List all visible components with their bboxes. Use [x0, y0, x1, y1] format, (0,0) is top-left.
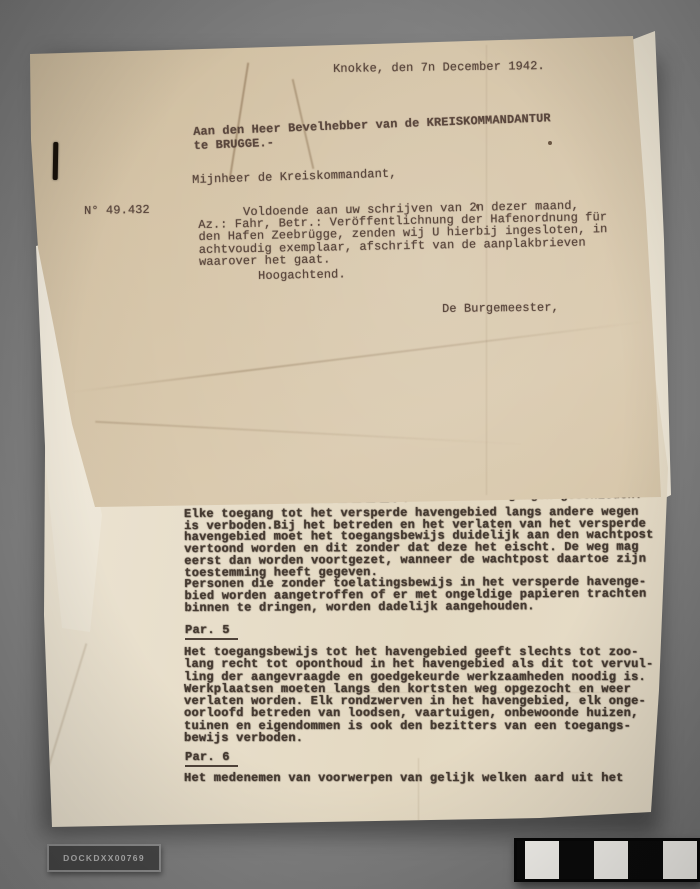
- letter-signature-line: De Burgemeester,: [442, 302, 559, 316]
- paragraph6-heading: Par. 6: [185, 752, 238, 767]
- paper-fold-line: [486, 45, 487, 495]
- paragraph-line: Het medenemen van voorwerpen van gelijk …: [184, 773, 624, 785]
- letter-closing: Hoogachtend.: [258, 268, 346, 282]
- staple-mark: [53, 142, 59, 180]
- scale-bar-segment: [663, 841, 697, 879]
- letter-date-line: Knokke, den 7n December 1942.: [333, 60, 545, 75]
- paragraph5-text-block: Het toegangsbewijs tot het havengebied g…: [184, 646, 653, 744]
- scale-bar-segment: [525, 841, 559, 879]
- letter-body-block: Voldoende aan uw schrijven van 2n dezer …: [198, 199, 608, 268]
- paragraph-line: bewijs verboden.: [184, 732, 653, 744]
- paragraph5-heading: Par. 5: [185, 625, 238, 640]
- photographic-scale-bar: [514, 838, 700, 882]
- archive-label-plate: DOCKDXX00769: [47, 844, 161, 872]
- scale-bar-segment: [628, 841, 662, 879]
- paragraph-line: oorloofd betreden van loodsen, vaartuige…: [184, 707, 653, 719]
- letter-reference-number: N° 49.432: [84, 204, 150, 217]
- scale-bar-segment: [559, 841, 593, 879]
- archive-label-text: DOCKDXX00769: [63, 853, 145, 863]
- scale-bar-segment: [594, 841, 628, 879]
- paragraph-line: binnen te dringen, worden dadelijk aange…: [184, 600, 653, 614]
- paragraph4-text-block: Elke toegang tot het versperde havengebi…: [184, 507, 654, 615]
- photo-of-archival-document: poorten en toegangen geschieden. Elke to…: [0, 0, 700, 889]
- paper-crease: [418, 758, 419, 828]
- ink-spot: [548, 141, 552, 145]
- paragraph-line: lang recht tot oponthoud in het havengeb…: [184, 658, 653, 670]
- paragraph6-text-block: Het medenemen van voorwerpen van gelijk …: [184, 773, 624, 785]
- scale-bar-edge: [517, 841, 525, 879]
